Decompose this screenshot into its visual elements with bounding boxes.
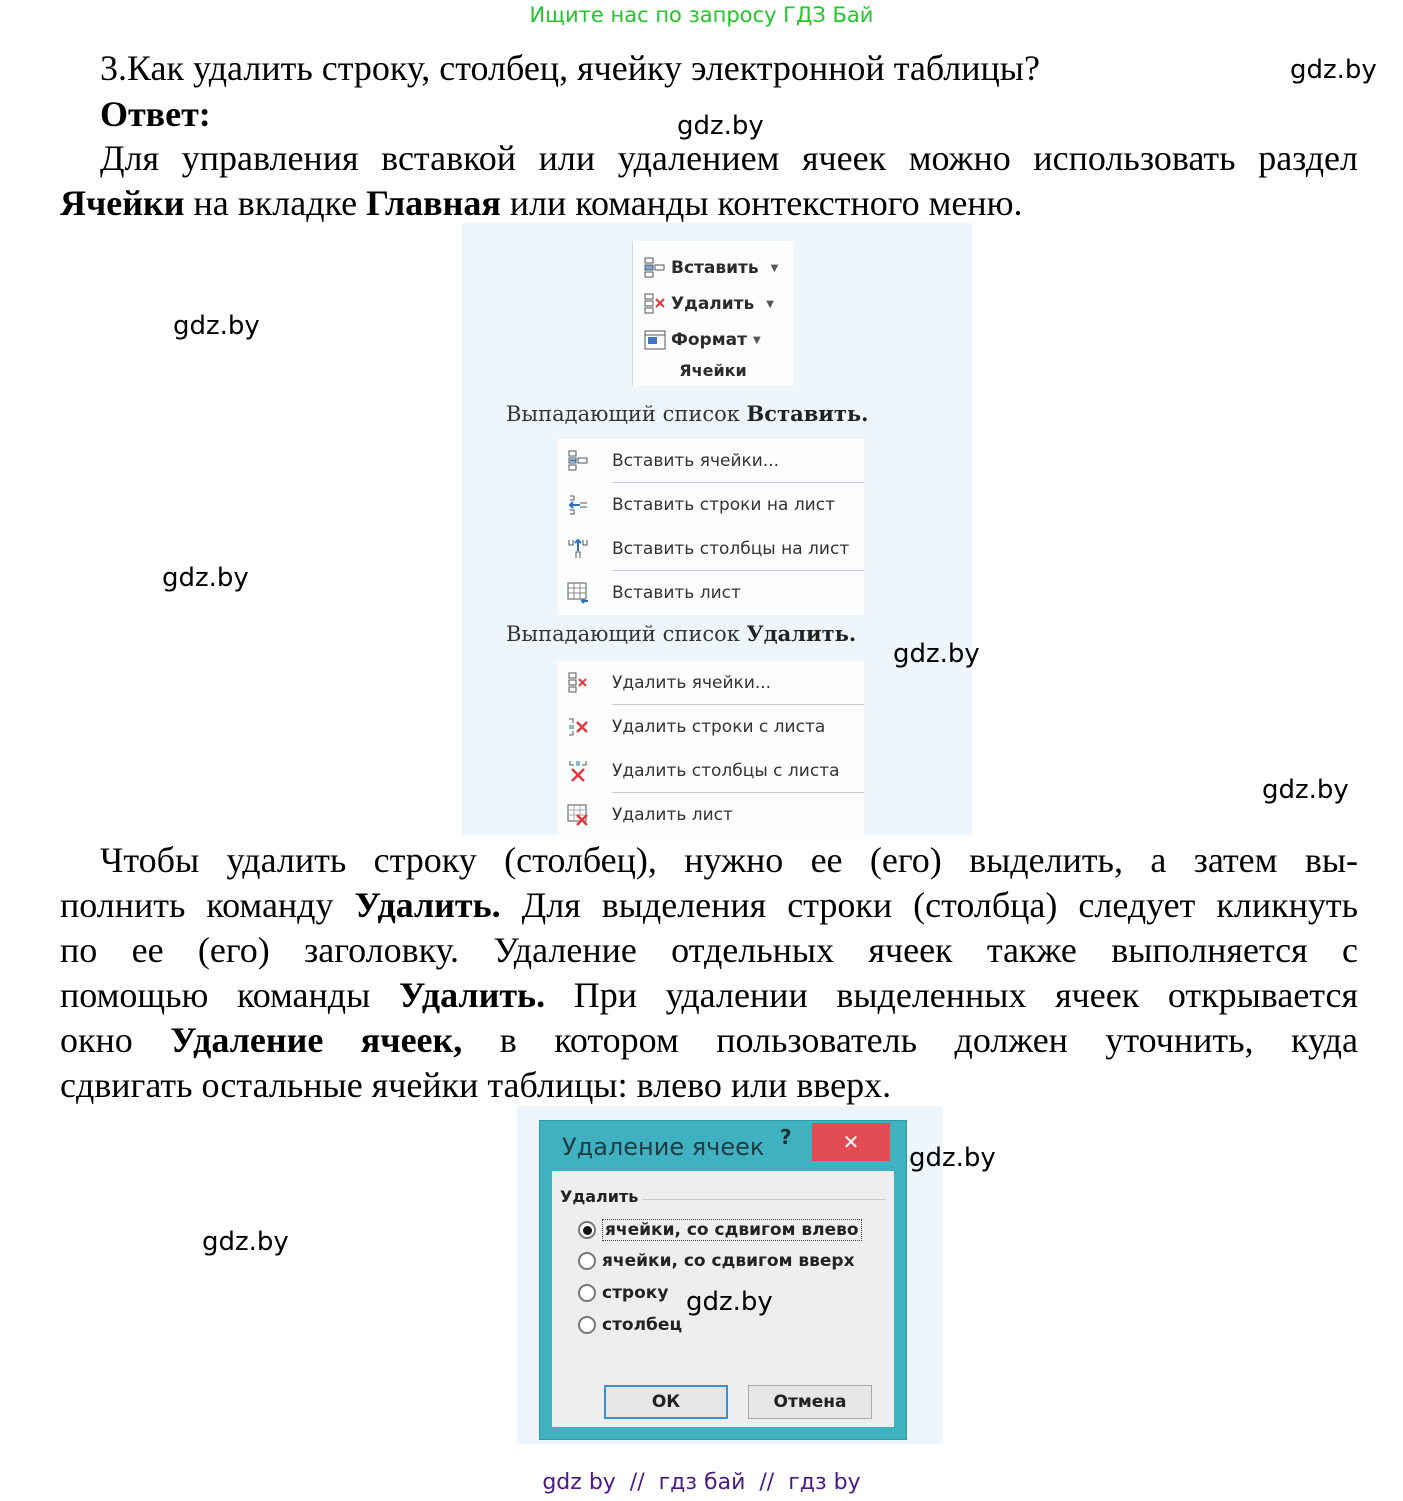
text: При удалении выделенных ячеек открываетс…: [545, 975, 1358, 1015]
delete-columns-icon: [558, 759, 598, 783]
close-icon: ✕: [843, 1130, 860, 1154]
cells-figure: Вставить ▼ Удалить ▼ Формат ▼ Ячейки Вып…: [462, 223, 972, 835]
text: Выпадающий список: [506, 622, 747, 646]
delete-cells-icon: [558, 671, 598, 695]
menu-item-delete-columns[interactable]: Удалить столбцы с листа: [558, 749, 864, 793]
close-button[interactable]: ✕: [812, 1123, 890, 1161]
watermark: gdz.by: [1290, 55, 1377, 85]
radio-button[interactable]: [578, 1252, 596, 1270]
menu-item-label: Удалить столбцы с листа: [598, 761, 840, 781]
intro-line-1: Для управления вставкой или удалением яч…: [100, 136, 1358, 180]
menu-item-label: Вставить столбцы на лист: [598, 539, 849, 559]
answer-label: Ответ:: [100, 92, 211, 136]
insert-caption: Выпадающий список Вставить.: [506, 401, 868, 426]
term-delete: Удалить.: [399, 975, 545, 1015]
text: или команды контекстного меню.: [501, 183, 1023, 223]
text: Выпадающий список: [506, 402, 747, 426]
insert-cells-icon: [643, 256, 667, 280]
term-cells: Ячейки: [60, 183, 185, 223]
insert-dropdown-menu: Вставить ячейки... Вставить строки на ли…: [558, 439, 864, 615]
body-line-1: Чтобы удалить строку (столбец), нужно ее…: [100, 838, 1358, 882]
body-line-3: по ее (его) заголовку. Удаление отдельны…: [60, 928, 1358, 972]
menu-item-insert-rows[interactable]: Вставить строки на лист: [558, 483, 864, 527]
menu-item-delete-rows[interactable]: Удалить строки с листа: [558, 705, 864, 749]
question-heading: 3.Как удалить строку, столбец, ячейку эл…: [100, 46, 1040, 90]
menu-item-label: Удалить лист: [598, 805, 733, 825]
chevron-down-icon: ▼: [771, 263, 779, 274]
radio-label: строку: [602, 1283, 668, 1303]
watermark: gdz.by: [173, 311, 260, 341]
chevron-down-icon: ▼: [753, 335, 761, 346]
term-home-tab: Главная: [366, 183, 501, 223]
radio-label: ячейки, со сдвигом вверх: [602, 1251, 855, 1271]
search-banner[interactable]: Ищите нас по запросу ГДЗ Бай: [0, 0, 1403, 30]
menu-item-insert-sheet[interactable]: Вставить лист: [558, 571, 864, 615]
help-icon[interactable]: ?: [780, 1125, 792, 1149]
delete-cells-icon: [643, 292, 667, 316]
radio-entire-column[interactable]: столбец: [578, 1315, 682, 1335]
menu-item-delete-cells[interactable]: Удалить ячейки...: [558, 661, 864, 705]
insert-rows-icon: [558, 493, 598, 517]
insert-cells-icon: [558, 449, 598, 473]
watermark: gdz.by: [909, 1143, 996, 1173]
group-label: Удалить: [560, 1187, 638, 1206]
cancel-button[interactable]: Отмена: [748, 1385, 872, 1419]
delete-caption: Выпадающий список Удалить.: [506, 621, 856, 646]
intro-line-2: Ячейки на вкладке Главная или команды ко…: [60, 181, 1023, 225]
menu-item-insert-cells[interactable]: Вставить ячейки...: [558, 439, 864, 483]
ribbon-format-button[interactable]: Формат ▼: [643, 325, 761, 355]
menu-item-label: Вставить строки на лист: [598, 495, 835, 515]
group-divider: [642, 1199, 886, 1200]
radio-label: ячейки, со сдвигом влево: [602, 1219, 862, 1241]
text: на вкладке: [185, 183, 367, 223]
menu-item-label: Удалить строки с листа: [598, 717, 825, 737]
insert-columns-icon: [558, 537, 598, 561]
format-icon: [643, 328, 667, 352]
delete-dropdown-menu: Удалить ячейки... Удалить строки с листа…: [558, 661, 864, 837]
chevron-down-icon: ▼: [766, 299, 774, 310]
delete-cells-dialog-figure: Удаление ячеек ? ✕ Удалить ячейки, со сд…: [517, 1106, 943, 1444]
menu-item-label: Вставить ячейки...: [598, 451, 779, 471]
text: полнить команду: [60, 885, 355, 925]
dialog-title: Удаление ячеек: [562, 1133, 764, 1161]
watermark: gdz.by: [893, 639, 980, 669]
ribbon-insert-button[interactable]: Вставить ▼: [643, 253, 778, 283]
radio-entire-row[interactable]: строку: [578, 1283, 668, 1303]
ok-button[interactable]: ОК: [604, 1385, 728, 1419]
radio-label: столбец: [602, 1315, 682, 1335]
ribbon-cells-group: Вставить ▼ Удалить ▼ Формат ▼ Ячейки: [632, 241, 793, 386]
term-delete-cells-dialog: Удаление ячеек,: [170, 1020, 462, 1060]
watermark: gdz.by: [162, 563, 249, 593]
text: Для выделения строки (столбца) следует к…: [501, 885, 1358, 925]
menu-item-insert-columns[interactable]: Вставить столбцы на лист: [558, 527, 864, 571]
menu-item-label: Вставить лист: [598, 583, 741, 603]
footer-links[interactable]: gdz by // гдз бай // гдз by: [0, 1468, 1403, 1498]
body-line-2: полнить команду Удалить. Для выделения с…: [60, 883, 1358, 927]
watermark: gdz.by: [677, 111, 764, 141]
watermark: gdz.by: [1262, 775, 1349, 805]
radio-button[interactable]: [578, 1284, 596, 1302]
text: окно: [60, 1020, 170, 1060]
delete-rows-icon: [558, 715, 598, 739]
radio-button[interactable]: [578, 1316, 596, 1334]
ribbon-insert-label: Вставить: [671, 258, 759, 278]
ribbon-group-caption: Ячейки: [633, 361, 793, 380]
radio-shift-left[interactable]: ячейки, со сдвигом влево: [578, 1219, 862, 1241]
radio-button-selected[interactable]: [578, 1221, 596, 1239]
text: Вставить.: [747, 401, 869, 426]
menu-item-delete-sheet[interactable]: Удалить лист: [558, 793, 864, 837]
radio-shift-up[interactable]: ячейки, со сдвигом вверх: [578, 1251, 855, 1271]
text: в котором пользователь должен уточнить, …: [462, 1020, 1358, 1060]
body-line-6: сдвигать остальные ячейки таблицы: влево…: [60, 1063, 891, 1107]
term-delete: Удалить.: [355, 885, 501, 925]
menu-item-label: Удалить ячейки...: [598, 673, 771, 693]
watermark: gdz.by: [686, 1287, 773, 1317]
body-line-4: помощью команды Удалить. При удалении вы…: [60, 973, 1358, 1017]
body-line-5: окно Удаление ячеек, в котором пользоват…: [60, 1018, 1358, 1062]
text: помощью команды: [60, 975, 399, 1015]
insert-sheet-icon: [558, 581, 598, 605]
ribbon-delete-button[interactable]: Удалить ▼: [643, 289, 774, 319]
delete-sheet-icon: [558, 803, 598, 827]
ribbon-delete-label: Удалить: [671, 294, 754, 314]
delete-cells-dialog: Удаление ячеек ? ✕ Удалить ячейки, со сд…: [539, 1120, 907, 1440]
ribbon-format-label: Формат: [671, 330, 747, 350]
text: Удалить.: [747, 621, 857, 646]
watermark: gdz.by: [202, 1227, 289, 1257]
